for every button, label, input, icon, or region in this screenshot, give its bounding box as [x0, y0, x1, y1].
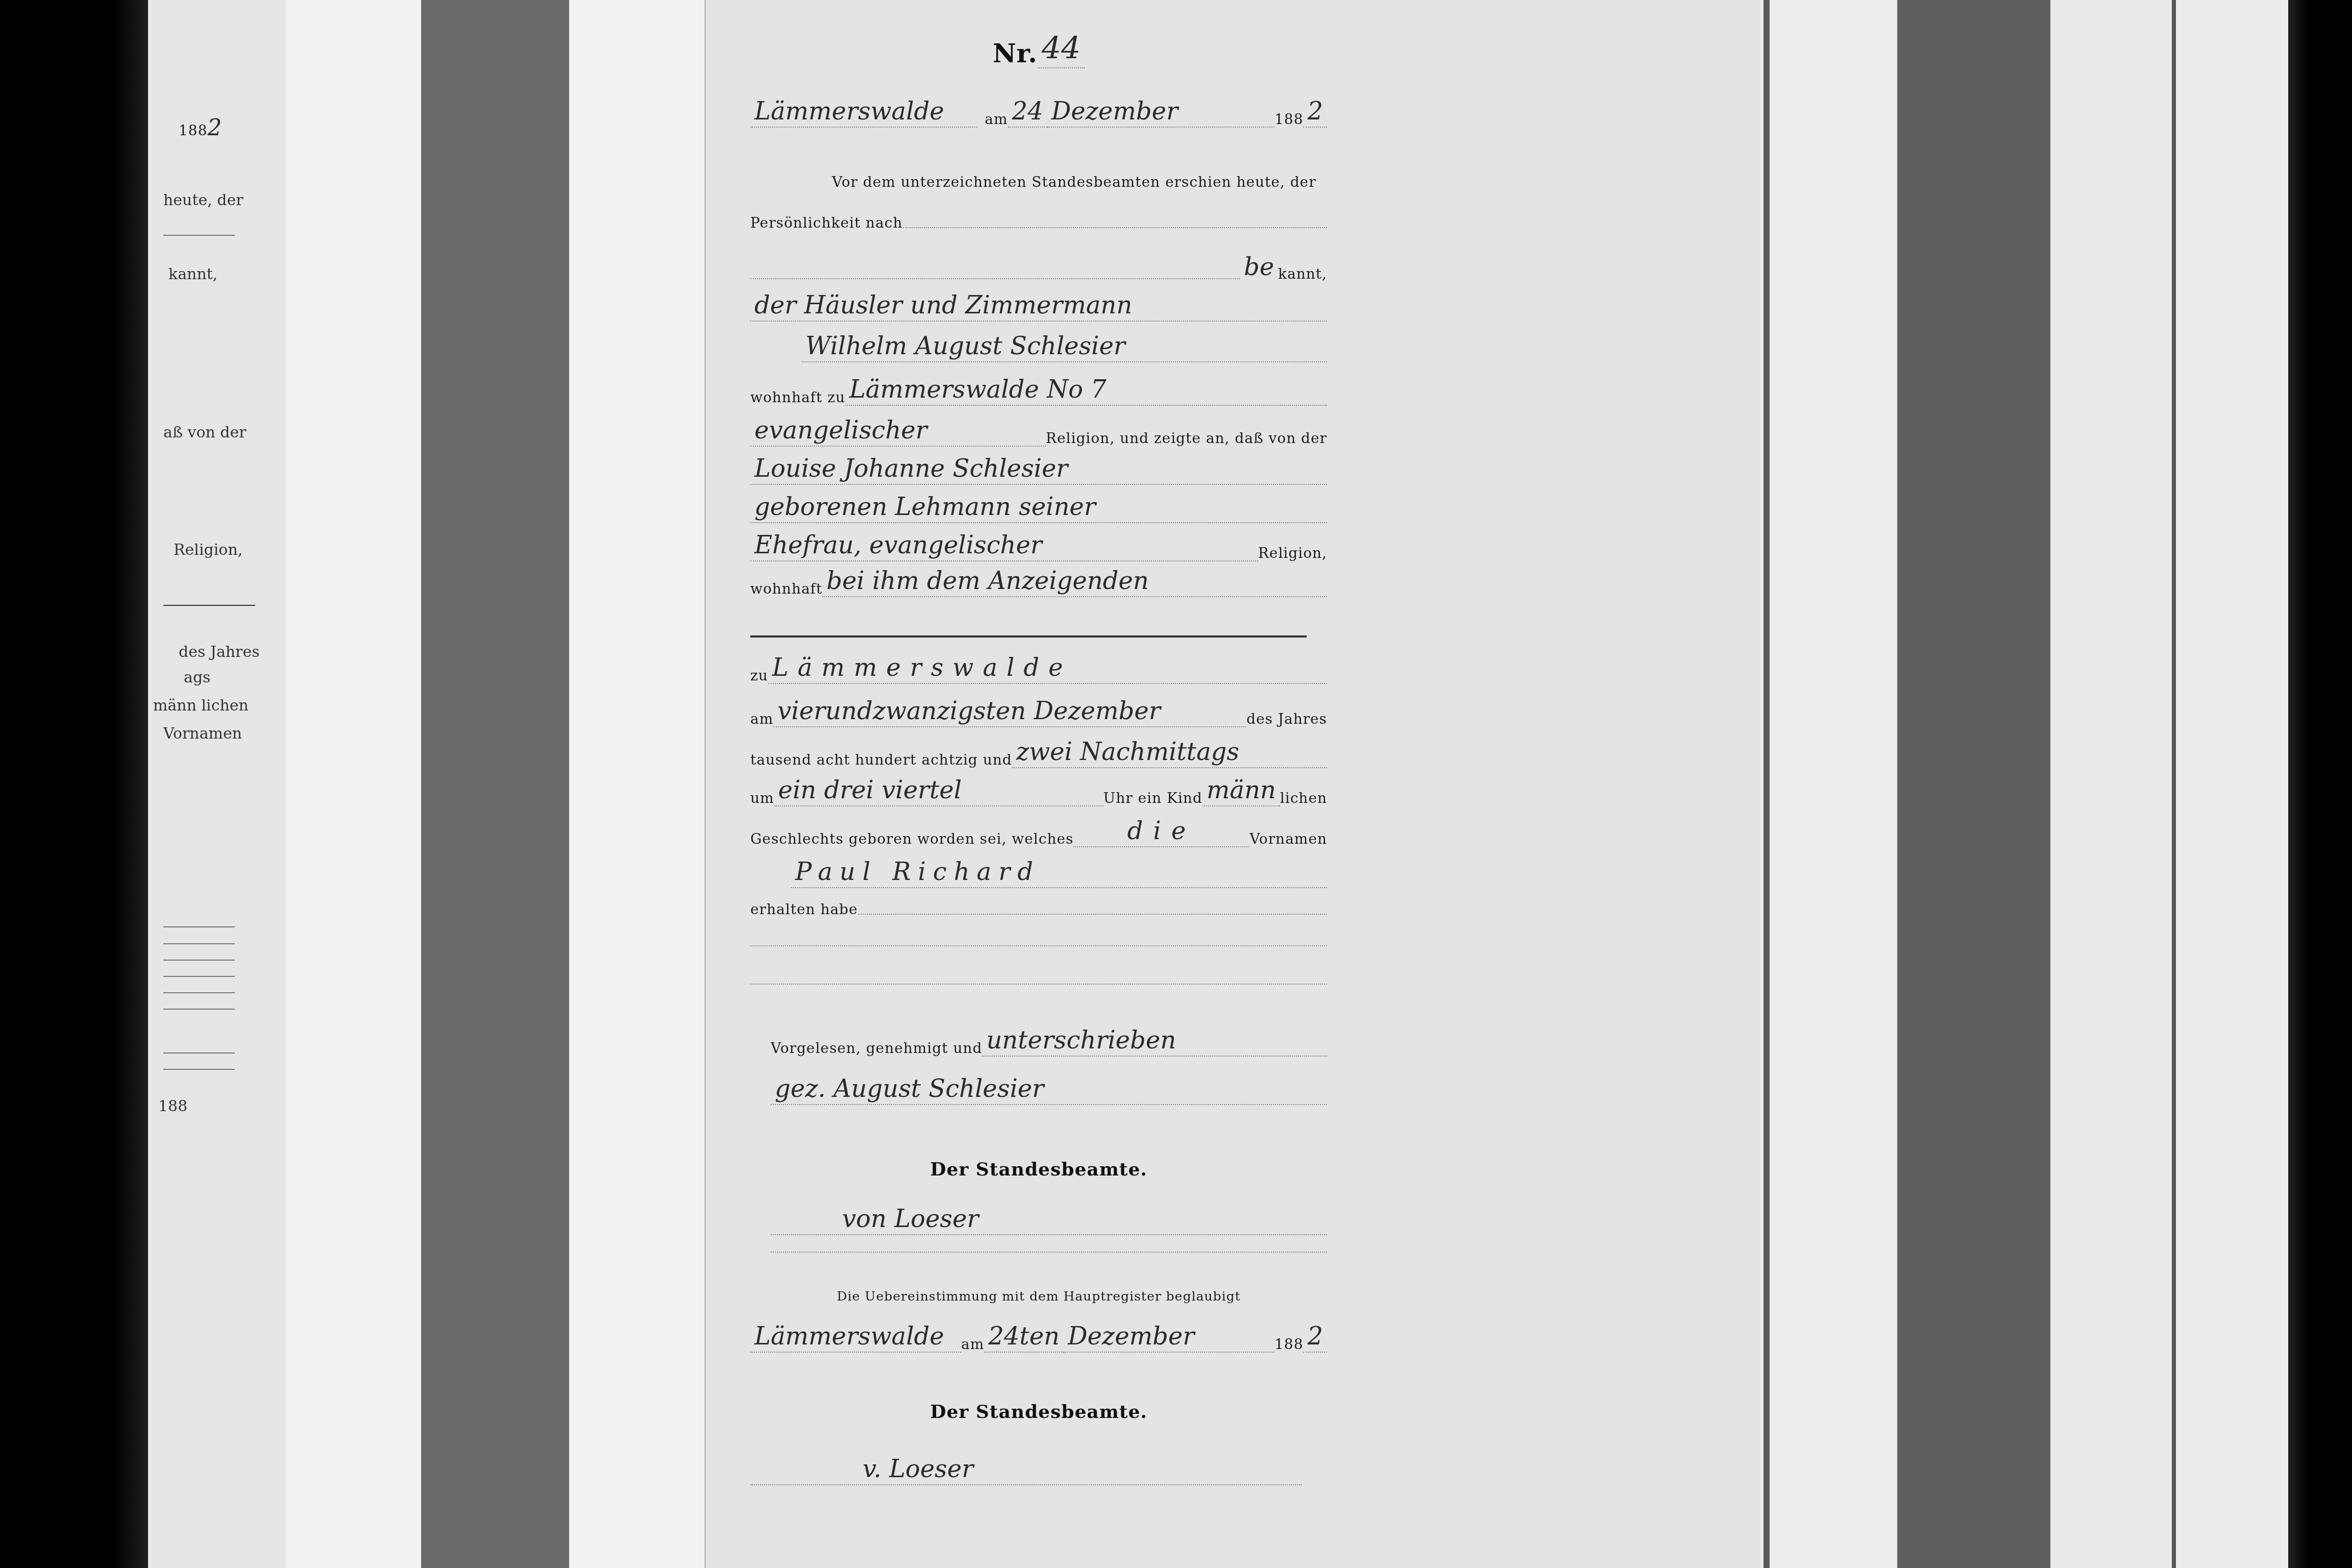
- left-page-year: 1882: [179, 115, 306, 141]
- gray-separator-band: [1897, 0, 2050, 1568]
- wohnhaft-label: wohnhaft: [750, 580, 822, 597]
- birth-date: am vierundzwanzigsten Dezember des Jahre…: [750, 697, 1327, 727]
- declarant-religion: evangelischer Religion, und zeigte an, d…: [750, 416, 1327, 447]
- left-year-hand: 2: [207, 115, 222, 141]
- left-fragment: kannt,: [168, 265, 296, 283]
- page-edge-line: [2172, 0, 2176, 1568]
- birth-year-hand: zwei Nachmittags: [1012, 738, 1327, 768]
- intro-line-2: Persönlichkeit nach: [750, 214, 1327, 231]
- left-rule: [163, 605, 255, 606]
- film-border-right: [2288, 0, 2352, 1568]
- mother-religion-hand: Ehefrau, evangelischer: [750, 531, 1258, 561]
- dotted-line: [903, 226, 1327, 228]
- vorgelesen-label: Vorgelesen, genehmigt und: [771, 1040, 982, 1057]
- mother-line-3: Ehefrau, evangelischer Religion,: [750, 531, 1327, 561]
- mother-line-1: Louise Johanne Schlesier: [750, 454, 1327, 485]
- left-fragment: Religion,: [174, 541, 301, 559]
- place-date-line: Lämmerswalde am 24 Dezember 188 2: [750, 97, 1327, 128]
- left-fragment: des Jahres: [179, 643, 306, 661]
- declarant-name-hand: Wilhelm August Schlesier: [801, 332, 1327, 362]
- day-hand: 24: [1008, 97, 1047, 128]
- paper-band: [286, 0, 421, 1568]
- article-hand: die: [1073, 817, 1249, 847]
- left-fragment: männ lichen: [153, 697, 281, 715]
- uhr-kind-label: Uhr ein Kind: [1104, 790, 1203, 806]
- certification-place-date: Lämmerswalde am 24ten Dezember 188 2: [750, 1322, 1327, 1353]
- intro-line-1: Vor dem unterzeichneten Standesbeamten e…: [750, 174, 1327, 190]
- year-hand: 2: [1303, 97, 1327, 128]
- left-year-printed: 188: [179, 122, 207, 139]
- cert-month-hand: Dezember: [1064, 1322, 1275, 1353]
- mother-name-hand: Louise Johanne Schlesier: [750, 454, 1327, 485]
- cert-year-hand: 2: [1303, 1322, 1327, 1353]
- left-dotted-line: [163, 992, 235, 993]
- blank-line: [750, 1251, 1327, 1256]
- left-fragment: Vornamen: [163, 725, 291, 743]
- bekannt-hand: be: [1240, 253, 1278, 282]
- place-hand: Lämmerswalde: [750, 97, 977, 128]
- year-printed: 188: [1275, 111, 1303, 128]
- read-approved-line: Vorgelesen, genehmigt und unterschrieben: [750, 1026, 1327, 1057]
- birth-place: zu Lämmerswalde: [750, 653, 1327, 684]
- wohnhaft-zu-label: wohnhaft zu: [750, 389, 845, 406]
- gray-separator-band: [421, 0, 569, 1568]
- left-dotted-line: [163, 926, 235, 927]
- paper-band: [569, 0, 704, 1568]
- am-label: am: [985, 111, 1008, 128]
- record-number: Nr. 44: [750, 31, 1327, 68]
- intro-line-3: be kannt,: [750, 253, 1327, 282]
- sex-line: Geschlechts geboren worden sei, welches …: [750, 817, 1327, 847]
- cert-registrar-signature: v. Loeser: [750, 1455, 1302, 1485]
- erhalten-habe-label: erhalten habe: [750, 901, 858, 918]
- section-rule: [750, 635, 1307, 638]
- zu-label: zu: [750, 667, 768, 684]
- declarant-signature: gez. August Schlesier: [750, 1074, 1327, 1105]
- paper-band: [2050, 0, 2173, 1568]
- mother-residence: wohnhaft bei ihm dem Anzeigenden: [750, 567, 1327, 597]
- sex-suffix-label: lichen: [1280, 790, 1327, 806]
- blank-line: [750, 983, 1327, 988]
- given-names-hand: Paul Richard: [791, 857, 1327, 888]
- birth-year: tausend acht hundert achtzig und zwei Na…: [750, 738, 1327, 768]
- birth-time: um ein drei viertel Uhr ein Kind männ li…: [750, 776, 1327, 806]
- birth-place-hand: Lämmerswalde: [768, 653, 1327, 684]
- left-dotted-line: [163, 1052, 235, 1053]
- paper-band: [1770, 0, 1897, 1568]
- dotted-line: [858, 913, 1327, 915]
- unterschrieben-hand: unterschrieben: [982, 1026, 1327, 1057]
- blank-line: [750, 944, 1327, 949]
- received-line: erhalten habe: [750, 901, 1327, 918]
- mother-maiden-hand: geborenen Lehmann seiner: [750, 493, 1327, 523]
- um-label: um: [750, 790, 774, 806]
- left-dotted-line: [163, 943, 235, 944]
- month-hand: Dezember: [1047, 97, 1275, 128]
- cert-place-hand: Lämmerswalde: [750, 1322, 961, 1353]
- am-label: am: [750, 710, 773, 727]
- dotted-line: [750, 944, 1327, 946]
- left-dotted-line: [163, 235, 235, 236]
- year-label: tausend acht hundert achtzig und: [750, 751, 1012, 768]
- declarant-name: Wilhelm August Schlesier: [750, 332, 1327, 362]
- dotted-line: [750, 983, 1327, 985]
- record-number-value: 44: [1038, 31, 1085, 68]
- page-edge-line: [1763, 0, 1770, 1568]
- left-fragment: aß von der: [163, 424, 291, 442]
- left-dotted-line: [163, 1069, 235, 1070]
- registrar-title: Der Standesbeamte.: [750, 1159, 1327, 1180]
- religion-label: Religion, und zeigte an, daß von der: [1046, 430, 1327, 447]
- cert-registrar-title-text: Der Standesbeamte.: [930, 1401, 1147, 1423]
- given-names: Paul Richard: [750, 857, 1327, 888]
- geschlechts-label: Geschlechts geboren worden sei, welches: [750, 830, 1073, 847]
- dotted-line: [771, 1251, 1327, 1253]
- mother-residence-hand: bei ihm dem Anzeigenden: [822, 567, 1327, 597]
- declarant-residence: wohnhaft zu Lämmerswalde No 7: [750, 375, 1327, 406]
- declarant-signature-hand: gez. August Schlesier: [771, 1074, 1327, 1105]
- left-dotted-line: [163, 960, 235, 961]
- registrar-title-text: Der Standesbeamte.: [930, 1159, 1147, 1180]
- left-dotted-line: [163, 976, 235, 977]
- registrar-signature-hand: von Loeser: [771, 1205, 1327, 1235]
- mother-line-2: geborenen Lehmann seiner: [750, 493, 1327, 523]
- birth-record: Nr. 44 Lämmerswalde am 24 Dezember 188 2…: [750, 0, 1327, 1568]
- cert-registrar-signature-hand: v. Loeser: [750, 1455, 1302, 1485]
- paper-band: [2176, 0, 2288, 1568]
- religion-label: Religion,: [1258, 545, 1327, 561]
- declarant-occupation: der Häusler und Zimmermann: [750, 291, 1327, 322]
- sex-hand: männ: [1203, 776, 1280, 806]
- intro-text: Vor dem unterzeichneten Standesbeamten e…: [832, 174, 1316, 190]
- religion-hand: evangelischer: [750, 416, 1046, 447]
- am-label: am: [961, 1336, 984, 1353]
- residence-hand: Lämmerswalde No 7: [845, 375, 1327, 406]
- persoenlichkeit-label: Persönlichkeit nach: [750, 214, 903, 231]
- left-fragment: 188: [158, 1097, 286, 1115]
- birth-date-hand: vierundzwanzigsten Dezember: [773, 697, 1246, 727]
- certification-label: Die Uebereinstimmung mit dem Hauptregist…: [837, 1289, 1241, 1304]
- record-number-label: Nr.: [993, 38, 1038, 68]
- cert-year-printed: 188: [1275, 1336, 1303, 1353]
- left-fragment: ags: [184, 669, 311, 687]
- des-jahres-label: des Jahres: [1246, 710, 1327, 727]
- left-fragment: heute, der: [163, 191, 291, 209]
- registrar-signature: von Loeser: [750, 1205, 1327, 1235]
- occupation-hand: der Häusler und Zimmermann: [750, 291, 1327, 322]
- vornamen-label: Vornamen: [1249, 830, 1327, 847]
- left-dotted-line: [163, 1009, 235, 1010]
- certification-text: Die Uebereinstimmung mit dem Hauptregist…: [750, 1289, 1327, 1304]
- kannt-label: kannt,: [1278, 265, 1327, 282]
- film-border-left: [0, 0, 153, 1568]
- cert-registrar-title: Der Standesbeamte.: [750, 1401, 1327, 1423]
- cert-day-hand: 24ten: [984, 1322, 1064, 1353]
- dotted-line: [750, 277, 1240, 279]
- birth-time-hand: ein drei viertel: [774, 776, 1104, 806]
